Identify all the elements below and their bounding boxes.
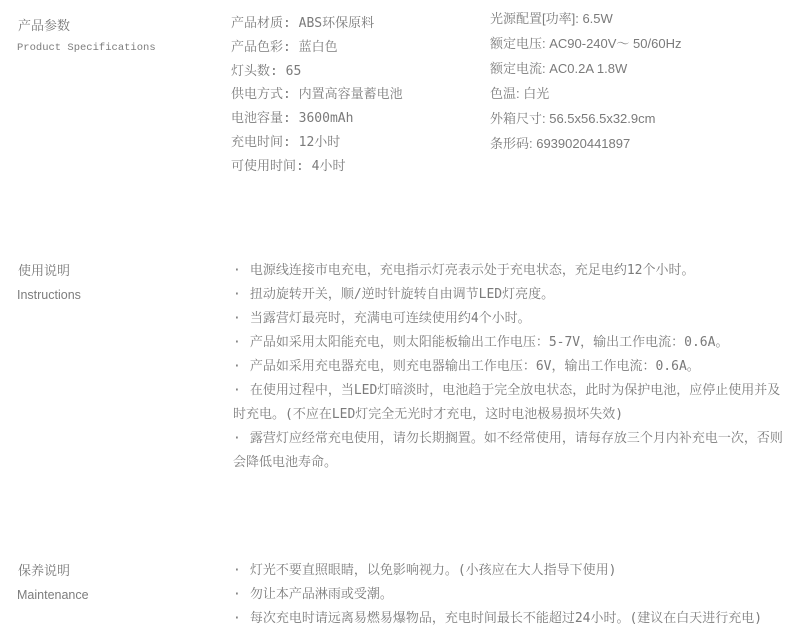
bullet-icon: ·	[233, 263, 250, 278]
instructions-list: ·电源线连接市电充电，充电指示灯亮表示处于充电状态，充足电约12个小时。 ·扭动…	[233, 259, 793, 475]
spec-row-lamp-count: 灯头数: 65	[231, 60, 403, 84]
bullet-icon: ·	[233, 587, 250, 602]
spec-column-left: 产品材质: ABS环保原料 产品色彩: 蓝白色 灯头数: 65 供电方式: 内置…	[231, 12, 403, 179]
bullet-icon: ·	[233, 335, 250, 350]
maintenance-item: ·每次充电时请远离易燃易爆物品，充电时间最长不能超过24小时。(建议在白天进行充…	[233, 607, 793, 631]
maintenance-text: 每次充电时请远离易燃易爆物品，充电时间最长不能超过24小时。(建议在白天进行充电…	[250, 611, 762, 626]
instruction-text: 当露营灯最亮时，充满电可连续使用约4个小时。	[250, 311, 531, 326]
instruction-item: ·在使用过程中，当LED灯暗淡时，电池趋于完全放电状态，此时为保护电池，应停止使…	[233, 379, 793, 427]
spec-row-color-temp: 色温: 白光	[490, 82, 681, 107]
bullet-icon: ·	[233, 431, 250, 446]
maintenance-item: ·灯光不要直照眼睛，以免影响视力。(小孩应在大人指导下使用)	[233, 559, 793, 583]
maintenance-item: ·勿让本产品淋雨或受潮。	[233, 583, 793, 607]
instruction-text: 扭动旋转开关，顺/逆时针旋转自由调节LED灯亮度。	[250, 287, 554, 302]
instruction-item: ·扭动旋转开关，顺/逆时针旋转自由调节LED灯亮度。	[233, 283, 793, 307]
maintenance-text: 勿让本产品淋雨或受潮。	[250, 587, 393, 602]
instruction-item: ·产品如采用太阳能充电，则太阳能板输出工作电压：5-7V，输出工作电流：0.6A…	[233, 331, 793, 355]
bullet-icon: ·	[233, 383, 250, 398]
bullet-icon: ·	[233, 563, 250, 578]
section-title-product-specs-en: Product Specifications	[17, 40, 156, 56]
spec-row-barcode: 条形码: 6939020441897	[490, 132, 681, 157]
maintenance-list: ·灯光不要直照眼睛，以免影响视力。(小孩应在大人指导下使用) ·勿让本产品淋雨或…	[233, 559, 793, 631]
instruction-text: 产品如采用太阳能充电，则太阳能板输出工作电压：5-7V，输出工作电流：0.6A。	[250, 335, 729, 350]
instruction-item: ·产品如采用充电器充电，则充电器输出工作电压：6V，输出工作电流：0.6A。	[233, 355, 793, 379]
spec-column-right: 光源配置[功率]: 6.5W 额定电压: AC90-240V～ 50/60Hz …	[490, 7, 681, 156]
instruction-text: 电源线连接市电充电，充电指示灯亮表示处于充电状态，充足电约12个小时。	[250, 263, 695, 278]
spec-row-wattage: 光源配置[功率]: 6.5W	[490, 7, 681, 32]
section-title-maintenance-en: Maintenance	[17, 587, 89, 603]
instruction-item: ·电源线连接市电充电，充电指示灯亮表示处于充电状态，充足电约12个小时。	[233, 259, 793, 283]
spec-row-carton-size: 外箱尺寸: 56.5x56.5x32.9cm	[490, 107, 681, 132]
spec-row-charge-time: 充电时间: 12小时	[231, 131, 403, 155]
spec-row-color: 产品色彩: 蓝白色	[231, 36, 403, 60]
bullet-icon: ·	[233, 611, 250, 626]
spec-row-rated-current: 额定电流: AC0.2A 1.8W	[490, 57, 681, 82]
spec-row-battery-capacity: 电池容量: 3600mAh	[231, 107, 403, 131]
spec-row-rated-voltage: 额定电压: AC90-240V～ 50/60Hz	[490, 32, 681, 57]
instruction-text: 在使用过程中，当LED灯暗淡时，电池趋于完全放电状态，此时为保护电池，应停止使用…	[233, 383, 780, 422]
instruction-item: ·当露营灯最亮时，充满电可连续使用约4个小时。	[233, 307, 793, 331]
instruction-text: 产品如采用充电器充电，则充电器输出工作电压：6V，输出工作电流：0.6A。	[250, 359, 700, 374]
section-title-maintenance-zh: 保养说明	[18, 561, 70, 581]
instruction-text: 露营灯应经常充电使用，请勿长期搁置。如不经常使用，请每存放三个月内补充电一次，否…	[233, 431, 783, 470]
maintenance-text: 灯光不要直照眼睛，以免影响视力。(小孩应在大人指导下使用)	[250, 563, 617, 578]
product-description-page: 产品参数 Product Specifications 产品材质: ABS环保原…	[0, 0, 800, 631]
section-title-instructions-zh: 使用说明	[18, 261, 70, 281]
bullet-icon: ·	[233, 311, 250, 326]
spec-row-material: 产品材质: ABS环保原料	[231, 12, 403, 36]
spec-row-usage-time: 可使用时间: 4小时	[231, 155, 403, 179]
section-title-product-specs-zh: 产品参数	[18, 16, 70, 36]
bullet-icon: ·	[233, 359, 250, 374]
bullet-icon: ·	[233, 287, 250, 302]
spec-row-power-supply: 供电方式: 内置高容量蓄电池	[231, 83, 403, 107]
section-title-instructions-en: Instructions	[17, 287, 81, 303]
instruction-item: ·露营灯应经常充电使用，请勿长期搁置。如不经常使用，请每存放三个月内补充电一次，…	[233, 427, 793, 475]
